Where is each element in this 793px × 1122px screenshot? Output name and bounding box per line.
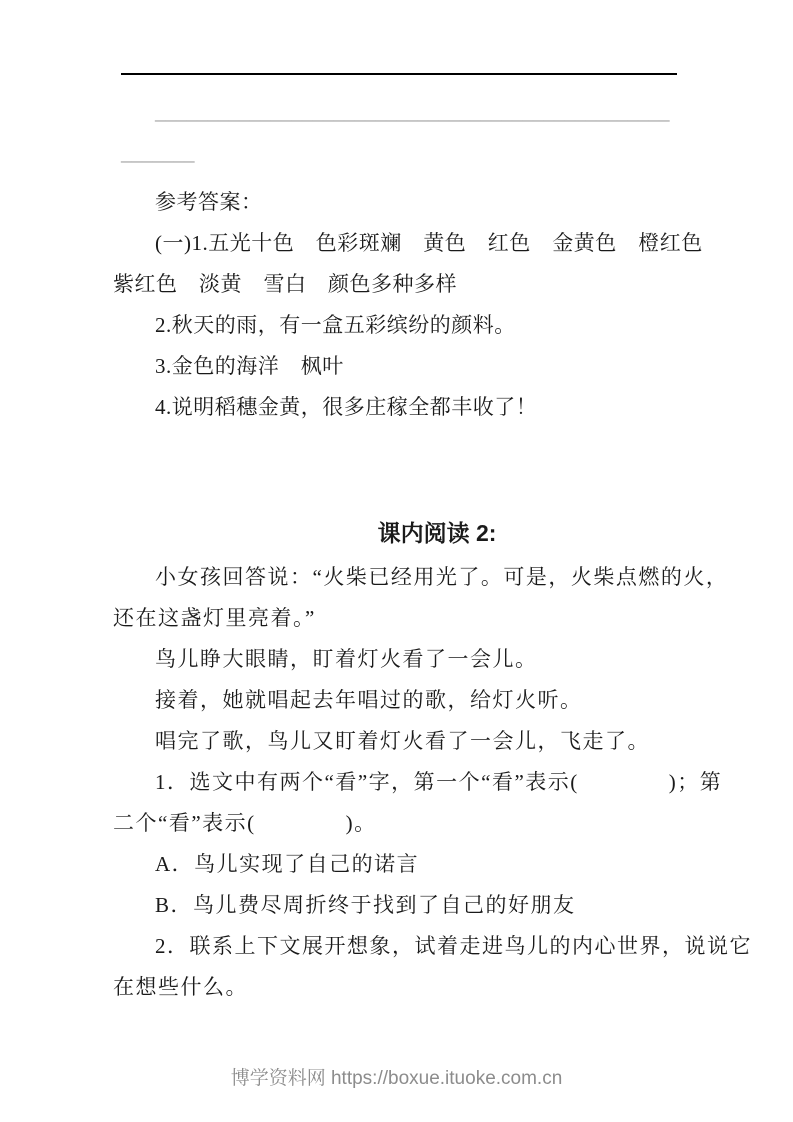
answer-blank-rule bbox=[121, 73, 677, 75]
passage-line-4: 唱完了歌，鸟儿又盯着灯火看了一会儿，飞走了。 bbox=[113, 721, 793, 762]
section-title: 课内阅读 2: bbox=[113, 513, 761, 554]
option-a: A．鸟儿实现了自己的诺言 bbox=[113, 844, 793, 885]
answer-line-1-wrap: 紫红色 淡黄 雪白 颜色多种多样 bbox=[113, 264, 761, 305]
question-1-line-1: 1．选文中有两个“看”字，第一个“看”表示( )；第 bbox=[113, 762, 793, 803]
question-1-line-2: 二个“看”表示( )。 bbox=[113, 803, 761, 844]
question-2-line-2: 在想些什么。 bbox=[113, 967, 761, 1008]
answer-blank-line-1: ________________________________________… bbox=[155, 92, 670, 133]
answer-line-3: 3.金色的海洋 枫叶 bbox=[113, 346, 793, 387]
passage-line-1: 小女孩回答说：“火柴已经用光了。可是，火柴点燃的火， bbox=[113, 557, 793, 598]
answer-blank-line-2: _______ bbox=[121, 133, 195, 174]
site-watermark: 博学资料网 https://boxue.ituoke.com.cn bbox=[0, 1058, 793, 1099]
answer-line-2: 2.秋天的雨，有一盒五彩缤纷的颜料。 bbox=[113, 305, 793, 346]
document-page: ________________________________________… bbox=[0, 0, 793, 1122]
option-b: B．鸟儿费尽周折终于找到了自己的好朋友 bbox=[113, 885, 793, 926]
answer-line-4: 4.说明稻穗金黄，很多庄稼全都丰收了！ bbox=[113, 387, 793, 428]
question-2-line-1: 2．联系上下文展开想象，试着走进鸟儿的内心世界，说说它 bbox=[113, 926, 793, 967]
answer-line-1: (一)1.五光十色 色彩斑斓 黄色 红色 金黄色 橙红色 bbox=[113, 223, 793, 264]
passage-line-2: 鸟儿睁大眼睛，盯着灯火看了一会儿。 bbox=[113, 639, 793, 680]
passage-line-3: 接着，她就唱起去年唱过的歌，给灯火听。 bbox=[113, 680, 793, 721]
passage-line-1-wrap: 还在这盏灯里亮着。” bbox=[113, 598, 761, 639]
answers-heading: 参考答案： bbox=[113, 182, 793, 223]
